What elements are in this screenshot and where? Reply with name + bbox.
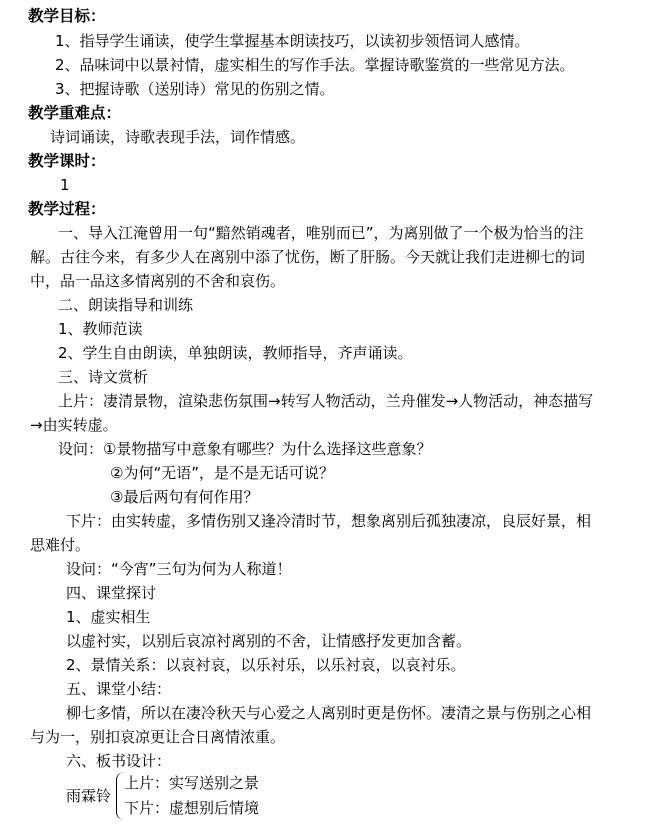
board-upper: 上片：实写送别之景 bbox=[124, 773, 259, 793]
discussion-item-1: 1、虚实相生 bbox=[66, 607, 151, 627]
board-poem-title: 雨霖铃 bbox=[66, 786, 111, 806]
heading-key-points: 教学重难点： bbox=[28, 103, 121, 123]
heading-objectives: 教学目标： bbox=[28, 6, 106, 26]
board-lower: 下片：虚想别后情境 bbox=[124, 798, 259, 818]
analysis-upper-line-2: →由实转虚。 bbox=[30, 415, 118, 435]
analysis-lower-line-1: 下片：由实转虚，多情伤别又逢冷清时节，想象离别后孤独凄凉，良辰好景，相 bbox=[66, 511, 591, 531]
discussion-item-1-text: 以虚衬实，以别后哀凉衬离别的不舍，让情感抒发更加含蓄。 bbox=[66, 631, 471, 651]
summary-title: 五、课堂小结： bbox=[66, 679, 171, 699]
intro-line-3: 中，品一品这多情离别的不舍和哀伤。 bbox=[30, 271, 285, 291]
key-points-text: 诗词诵读，诗歌表现手法，词作情感。 bbox=[50, 127, 305, 147]
objective-item-2: 2、品味词中以景衬情，虚实相生的写作手法。掌握诗歌鉴赏的一些常见方法。 bbox=[55, 55, 575, 75]
question-upper-1: 设问：①景物描写中意象有哪些？为什么选择这些意象？ bbox=[58, 439, 431, 459]
discussion-item-2: 2、景情关系：以哀衬哀，以乐衬乐，以乐衬哀，以哀衬乐。 bbox=[66, 655, 466, 675]
analysis-lower-line-2: 思难付。 bbox=[30, 535, 90, 555]
intro-line-2: 解。古往今来，有多少人在离别中添了忧伤，断了肝肠。今天就让我们走进柳七的词 bbox=[30, 247, 585, 267]
reading-item-2: 2、学生自由朗读，单独朗读，教师指导，齐声诵读。 bbox=[58, 343, 413, 363]
question-upper-2: ②为何“无语”，是不是无话可说？ bbox=[110, 463, 334, 483]
objective-item-3: 3、把握诗歌（送别诗）常见的伤别之情。 bbox=[55, 79, 335, 99]
reading-title: 二、朗读指导和训练 bbox=[58, 295, 193, 315]
class-hours-value: 1 bbox=[60, 175, 70, 195]
question-lower: 设问：“今宵”三句为何为人称道！ bbox=[66, 559, 292, 579]
objective-item-1: 1、指导学生诵读，使学生掌握基本朗读技巧，以读初步领悟词人感情。 bbox=[55, 31, 530, 51]
board-title: 六、板书设计： bbox=[66, 751, 171, 771]
summary-line-2: 与为一，别扣哀凉更让合日离情浓重。 bbox=[30, 727, 285, 747]
analysis-title: 三、诗文赏析 bbox=[58, 367, 148, 387]
question-upper-3: ③最后两句有何作用？ bbox=[110, 487, 258, 507]
analysis-upper-line-1: 上片：凄清景物，渲染悲伤氛围→转写人物活动，兰舟催发→人物活动，神态描写 bbox=[58, 391, 593, 411]
reading-item-1: 1、教师范读 bbox=[58, 319, 143, 339]
heading-process: 教学过程： bbox=[28, 199, 106, 219]
heading-class-hours: 教学课时： bbox=[28, 151, 106, 171]
summary-line-1: 柳七多情，所以在凄冷秋天与心爱之人离别时更是伤怀。凄清之景与伤别之心相 bbox=[66, 703, 591, 723]
discussion-title: 四、课堂探讨 bbox=[66, 583, 156, 603]
intro-line-1: 一、导入江淹曾用一句“黯然销魂者，唯别而已”，为离别做了一个极为恰当的注 bbox=[58, 223, 584, 243]
